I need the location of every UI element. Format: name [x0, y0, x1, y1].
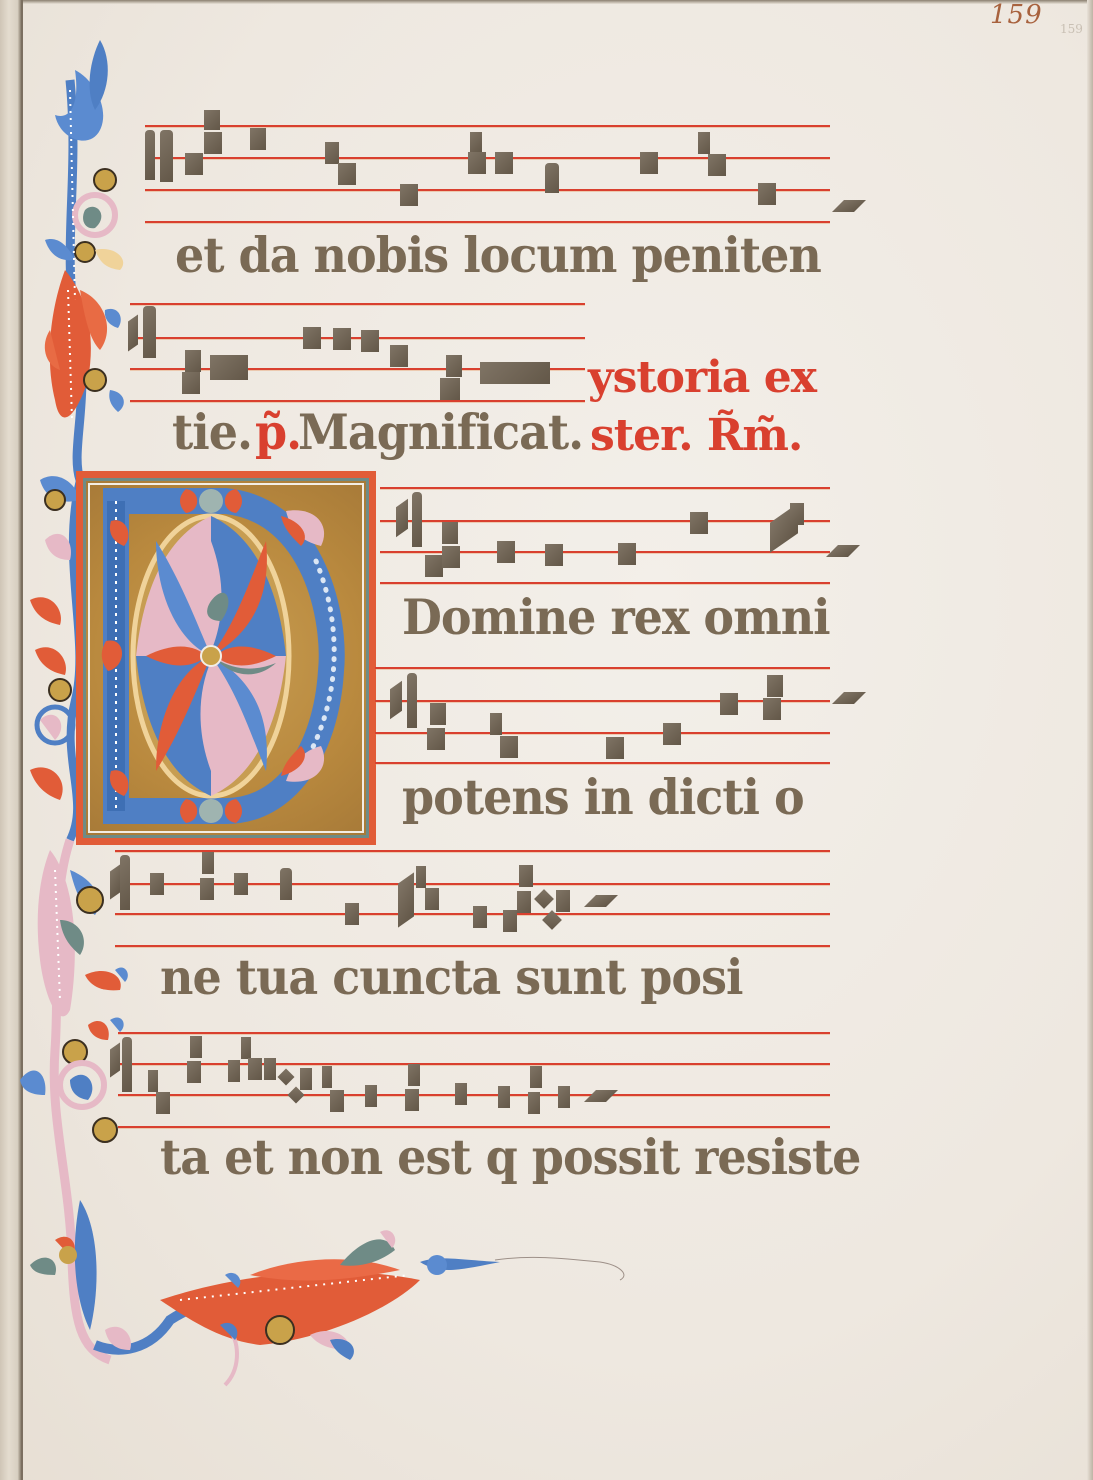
staff-6-line-3	[118, 1094, 830, 1096]
punctum-neume	[446, 355, 462, 377]
clef-or-virga	[143, 306, 156, 358]
oblique-neume	[390, 681, 402, 719]
punctum-neume	[228, 1060, 240, 1082]
punctum-neume	[473, 906, 487, 928]
punctum-neume	[150, 873, 164, 895]
lyric-line-4: potens in dicti o	[402, 769, 804, 826]
punctum-neume	[408, 1064, 420, 1086]
punctum-neume	[519, 865, 533, 887]
punctum-neume	[330, 1090, 344, 1112]
punctum-neume	[468, 152, 486, 174]
staff-3-line-1	[380, 487, 830, 489]
custos-neume	[584, 1090, 618, 1102]
punctum-neume	[204, 110, 220, 130]
clef-or-virga	[122, 1037, 132, 1092]
punctum-neume	[440, 378, 460, 400]
punctum-neume	[663, 723, 681, 745]
manuscript-page: 159 159	[0, 0, 1093, 1480]
punctum-neume	[517, 891, 531, 913]
punctum-neume	[390, 345, 408, 367]
punctum-neume	[202, 852, 214, 874]
diamond-neume	[534, 889, 554, 909]
punctum-neume	[200, 878, 214, 900]
clef-or-virga	[120, 855, 130, 910]
punctum-neume	[300, 1068, 312, 1090]
oblique-neume	[110, 864, 120, 899]
diamond-neume	[278, 1069, 295, 1086]
punctum-neume	[303, 327, 321, 349]
staff-4-line-1	[375, 667, 830, 669]
punctum-neume	[361, 330, 379, 352]
staff-4-line-2	[375, 700, 830, 702]
punctum-neume	[606, 737, 624, 759]
punctum-neume	[185, 153, 203, 175]
staff-1-line-1	[145, 125, 830, 127]
page-right-edge	[1087, 0, 1093, 1480]
punctum-neume	[480, 362, 550, 384]
lyric-line-1: et da nobis locum peniten	[175, 227, 821, 284]
staff-6-line-1	[118, 1032, 830, 1034]
binding-gutter	[0, 0, 22, 1480]
oblique-neume	[398, 872, 414, 927]
punctum-neume	[241, 1037, 251, 1059]
page-top-edge	[0, 0, 1093, 4]
punctum-neume	[442, 546, 460, 568]
oblique-neume	[110, 1042, 120, 1077]
staff-6-line-2	[118, 1063, 830, 1065]
oblique-neume	[128, 314, 138, 351]
punctum-neume	[497, 541, 515, 563]
punctum-neume	[530, 1066, 542, 1088]
punctum-neume	[185, 350, 201, 372]
punctum-neume	[455, 1083, 467, 1105]
punctum-neume	[790, 503, 804, 525]
lyric-line-5: ne tua cuncta sunt posi	[160, 949, 742, 1006]
staff-1-line-3	[145, 189, 830, 191]
staff-5-line-1	[115, 850, 830, 852]
punctum-neume	[425, 888, 439, 910]
initial-gold-ground	[83, 478, 369, 838]
staff-4-line-4	[375, 762, 830, 764]
punctum-neume	[618, 543, 636, 565]
folio-number-faint: 159	[1060, 22, 1083, 36]
punctum-neume	[763, 698, 781, 720]
punctum-neume	[503, 910, 517, 932]
punctum-neume	[148, 1070, 158, 1092]
rubric-ystoria: ystoria ex	[588, 352, 816, 403]
custos-neume	[832, 692, 866, 704]
punctum-neume	[182, 372, 200, 394]
punctum-neume	[264, 1058, 276, 1080]
punctum-neume	[400, 184, 418, 206]
punctum-neume	[528, 1092, 540, 1114]
punctum-neume	[690, 512, 708, 534]
rubric-psalm-abbrev: p̃.	[255, 404, 301, 461]
punctum-neume	[322, 1066, 332, 1088]
clef-or-virga	[407, 673, 417, 728]
lyric-magnificat: Magnificat.	[298, 404, 583, 461]
punctum-neume	[210, 355, 248, 380]
staff-1-line-4	[145, 221, 830, 223]
punctum-neume	[708, 154, 726, 176]
punctum-neume	[365, 1085, 377, 1107]
staff-1-line-2	[145, 157, 830, 159]
punctum-neume	[416, 866, 426, 888]
punctum-neume	[498, 1086, 510, 1108]
staff-3-line-4	[380, 582, 830, 584]
punctum-neume	[234, 873, 248, 895]
staff-2-line-4	[130, 400, 585, 402]
punctum-neume	[495, 152, 513, 174]
punctum-neume	[545, 544, 563, 566]
folio-number: 159	[990, 0, 1043, 30]
lyric-line-6: ta et non est q possit resiste	[160, 1129, 860, 1186]
punctum-neume	[430, 703, 446, 725]
custos-neume	[584, 895, 618, 907]
punctum-neume	[338, 163, 356, 185]
punctum-neume	[325, 142, 339, 164]
punctum-neume	[720, 693, 738, 715]
staff-2-line-1	[130, 303, 585, 305]
punctum-neume	[556, 890, 570, 912]
punctum-neume	[425, 555, 443, 577]
custos-neume	[832, 200, 866, 212]
staff-2-line-2	[130, 337, 585, 339]
staff-5-line-2	[115, 883, 830, 885]
punctum-neume	[204, 132, 222, 154]
punctum-neume	[427, 728, 445, 750]
punctum-neume	[490, 713, 502, 735]
clef-or-virga	[545, 163, 559, 193]
clef-or-virga	[160, 130, 173, 182]
punctum-neume	[640, 152, 658, 174]
punctum-neume	[345, 903, 359, 925]
punctum-neume	[250, 128, 266, 150]
oblique-neume	[396, 499, 408, 537]
punctum-neume	[758, 183, 776, 205]
punctum-neume	[333, 328, 351, 350]
clef-or-virga	[280, 868, 292, 900]
lyric-line-3: Domine rex omni	[402, 589, 830, 646]
staff-5-line-4	[115, 945, 830, 947]
illuminated-initial-d	[76, 471, 376, 845]
punctum-neume	[405, 1089, 419, 1111]
punctum-neume	[767, 675, 783, 697]
clef-or-virga	[412, 492, 422, 547]
rubric-ester: ster. R̃m̃.	[590, 410, 802, 461]
lyric-line-2-tie: tie.	[172, 404, 252, 461]
punctum-neume	[190, 1036, 202, 1058]
punctum-neume	[470, 132, 482, 152]
punctum-neume	[187, 1061, 201, 1083]
punctum-neume	[442, 522, 458, 544]
clef-or-virga	[145, 130, 155, 180]
punctum-neume	[698, 132, 710, 154]
punctum-neume	[558, 1086, 570, 1108]
custos-neume	[826, 545, 860, 557]
initial-letter-d-artwork	[86, 481, 366, 835]
punctum-neume	[156, 1092, 170, 1114]
punctum-neume	[248, 1058, 262, 1080]
gutter-fold-line	[21, 0, 23, 1480]
punctum-neume	[500, 736, 518, 758]
